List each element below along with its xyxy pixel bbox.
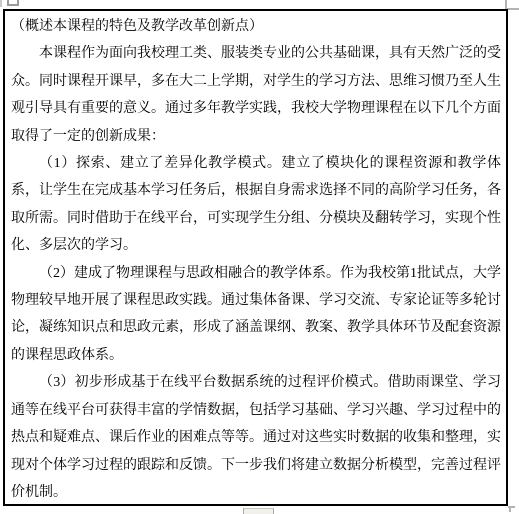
paragraph-innovation-3: （3）初步形成基于在线平台数据系统的过程评价模式。借助雨课堂、学习通等在线平台可… <box>11 369 501 506</box>
course-features-text: （概述本课程的特色及教学改革创新点） 本课程作为面向我校理工类、服装类专业的公共… <box>11 13 501 506</box>
table-move-handle-fragment <box>7 0 19 6</box>
partial-button-fragment <box>243 508 274 514</box>
bottom-right-gridline-horizontal-fragment <box>508 506 515 508</box>
prompt-label: （概述本课程的特色及教学改革创新点） <box>11 13 501 40</box>
left-gridline-fragment <box>0 0 2 7</box>
paragraph-overview: 本课程作为面向我校理工类、服装类专业的公共基础课，具有天然广泛的受众。同时课程开… <box>11 40 501 150</box>
course-features-table-cell[interactable]: （概述本课程的特色及教学改革创新点） 本课程作为面向我校理工类、服装类专业的公共… <box>3 9 508 506</box>
paragraph-innovation-1: （1）探索、建立了差异化教学模式。建立了模块化的课程资源和教学体系，让学生在完成… <box>11 150 501 260</box>
paragraph-innovation-2: （2）建成了物理课程与思政相融合的教学体系。作为我校第1批试点，大学物理较早地开… <box>11 260 501 370</box>
